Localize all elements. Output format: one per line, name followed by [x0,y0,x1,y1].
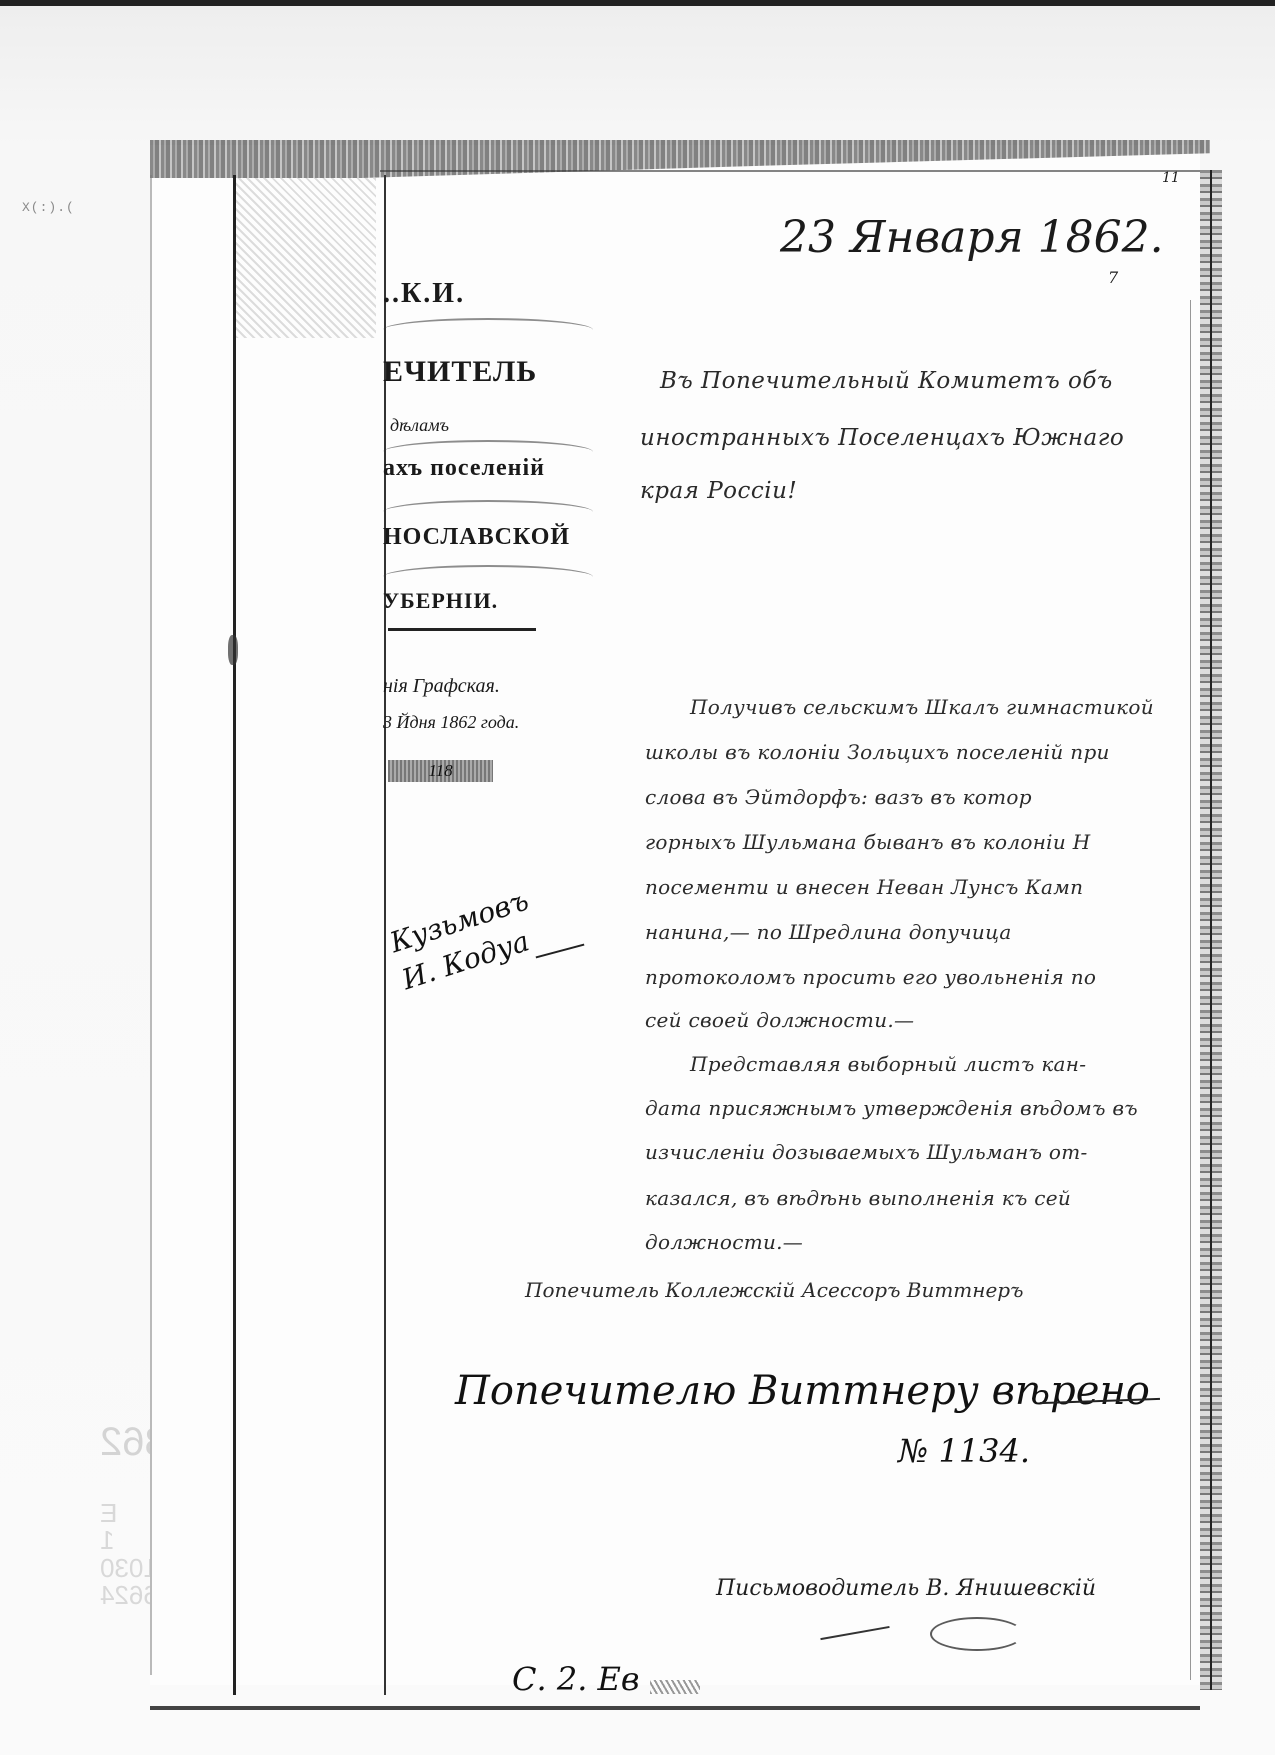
letterhead-line4: НОСЛАВСКОЙ [383,524,570,551]
letterhead-line3: ахъ поселеній [383,455,545,482]
body-line: нанина,— по Шредлина допучица [645,920,1012,944]
addressee-line: края Россіи! [640,478,797,504]
right-border-line [1210,170,1212,1690]
body-line: Представляя выборный листъ кан- [690,1052,1086,1076]
binding-strip-smudge [236,178,376,338]
body-line: должности.— [645,1230,803,1254]
page-number: 11 [1162,170,1180,186]
ghost-mark: X(:).( [22,200,75,215]
body-line: школы въ колоніи Зольцихъ поселеній при [645,740,1110,764]
letterhead-place: нія Графская. [383,675,500,698]
body-line: слова въ Эйтдорфъ: вазъ въ котор [645,785,1032,809]
letterhead-line5: УБЕРНІИ. [383,588,498,614]
letterhead-monogram: ..К.И. [383,278,465,310]
clerk-signature: Письмоводитель В. Янишевскій [716,1576,1096,1601]
body-line: посементи и внесен Неван Лунсъ Камп [645,875,1083,899]
letterhead-rule [388,628,536,631]
received-date: 23 Января 1862. [780,212,1164,263]
letterhead-title: ЕЧИТЕЛЬ [383,355,537,389]
body-line: дата присяжнымъ утвержденія вѣдомъ въ [645,1096,1138,1120]
letterhead-flourish [383,318,593,342]
letterhead-dept: дѣламъ [390,415,449,436]
body-line: протоколомъ просить его увольненія по [645,965,1096,989]
letterhead-flourish [383,565,593,589]
sheet-left-edge [150,175,152,1675]
addressee-line: иностранныхъ Поселенцахъ Южнаго [640,425,1124,451]
sender-signature: Попечитель Коллежскій Асессоръ Виттнеръ [525,1278,1023,1302]
body-line: сей своей должности.— [645,1008,914,1032]
resolution-text: Попечителю Виттнеру вѣрено [455,1368,1150,1414]
resolution-number: № 1134. [898,1432,1030,1470]
folio-mark: 7 [1108,268,1118,287]
addressee-line: Въ Попечительный Комитетъ объ [660,368,1113,394]
sheet-top-line [380,170,1200,172]
clerk-flourish [930,1617,1024,1651]
body-line: изчисленіи дозываемыхъ Шульманъ от- [645,1140,1088,1164]
body-line: казался, въ вѣдѣнь выполненія къ сей [645,1186,1071,1210]
body-line: Получивъ сельскимъ Шкалъ гимнастикой [690,695,1154,719]
letterhead-flourish [383,500,593,524]
binding-thread [228,635,238,665]
letterhead-date: 3 Йдня 1862 года. [383,712,519,733]
sheet-bottom-edge [150,1706,1200,1710]
archive-annotation: С. 2. Ев [512,1660,640,1698]
right-inner-line [1190,300,1191,1680]
body-line: горныхъ Шульмана быванъ въ колоніи Н [645,830,1090,854]
outgoing-number-stamp: 118 [388,760,493,782]
binding-strip [233,175,386,1695]
ink-smudge [650,1680,700,1694]
